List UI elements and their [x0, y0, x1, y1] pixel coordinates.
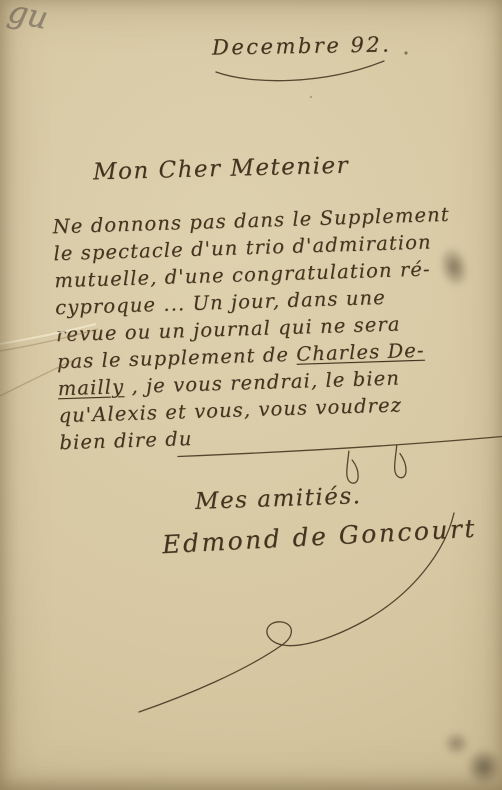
ink-smudge — [466, 748, 502, 786]
underlined-title-charles-demailly: mailly — [57, 375, 124, 400]
letter-salutation: Mon Cher Metenier — [93, 153, 350, 186]
letter-page: gu Decembre 92. Mon Cher Metenier Ne don… — [0, 0, 502, 790]
pencil-annotation: gu — [5, 0, 50, 34]
paper-speck — [404, 51, 407, 54]
paper-speck — [310, 96, 312, 98]
ink-smudge — [443, 731, 470, 756]
body-text: bien dire du — [59, 427, 193, 454]
letter-signature: Edmond de Goncourt — [161, 514, 477, 559]
letter-body: Ne donnons pas dans le Supplement le spe… — [52, 199, 502, 456]
letter-date: Decembre 92. — [212, 32, 392, 59]
date-underline-flourish — [216, 61, 384, 81]
underlined-title-charles-demailly: Charles De- — [296, 339, 425, 366]
letter-closing: Mes amitiés. — [195, 483, 362, 515]
